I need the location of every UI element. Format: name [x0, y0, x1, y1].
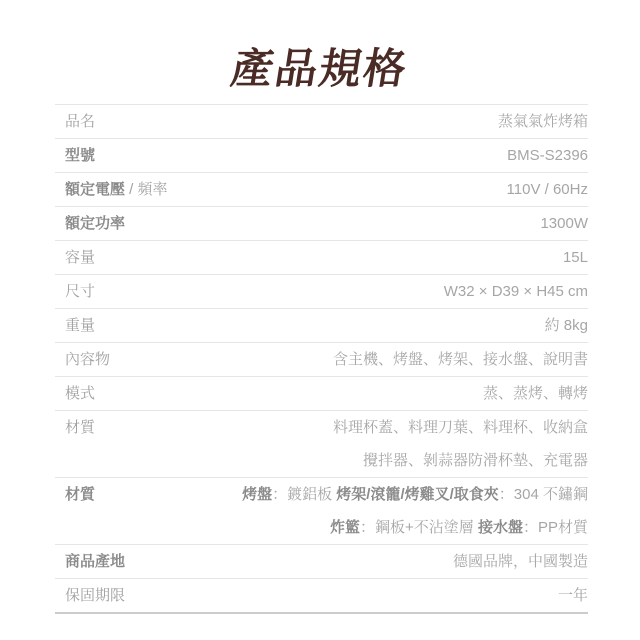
row-label: 模式	[55, 377, 95, 410]
row-label: 保固期限	[55, 579, 125, 612]
row-value: 蒸、蒸烤、轉烤	[95, 377, 588, 410]
table-row: 商品產地德國品牌，中國製造	[55, 544, 588, 578]
value-line: 料理杯蓋、料理刀葉、料理杯、收納盒	[95, 411, 588, 444]
table-row: 保固期限一年	[55, 578, 588, 612]
text-segment: 重量	[65, 317, 95, 334]
value-line: 含主機、烤盤、烤架、接水盤、說明書	[110, 343, 588, 376]
row-value: 110V / 60Hz	[168, 173, 588, 206]
text-segment: 型號	[65, 147, 95, 164]
text-segment: 模式	[65, 385, 95, 402]
row-value: 烤盤：鍍鋁板 烤架/滾籠/烤雞叉/取食夾：304 不鏽鋼炸籃：鋼板+不沾塗層 接…	[95, 478, 588, 544]
table-row: 額定電壓 / 頻率110V / 60Hz	[55, 172, 588, 206]
row-label: 額定功率	[55, 207, 125, 240]
table-row: 材質烤盤：鍍鋁板 烤架/滾籠/烤雞叉/取食夾：304 不鏽鋼炸籃：鋼板+不沾塗層…	[55, 477, 588, 544]
value-line: 1300W	[125, 207, 588, 240]
text-segment: 含主機、烤盤、烤架、接水盤、說明書	[333, 351, 588, 368]
table-row: 品名蒸氣氣炸烤箱	[55, 104, 588, 138]
table-row: 尺寸W32 × D39 × H45 cm	[55, 274, 588, 308]
text-segment: 材質	[65, 486, 95, 503]
text-segment: 接水盤	[478, 519, 523, 536]
value-line: 蒸氣氣炸烤箱	[95, 105, 588, 138]
text-segment: 額定功率	[65, 215, 125, 232]
table-row: 材質料理杯蓋、料理刀葉、料理杯、收納盒攪拌器、剝蒜器防滑杯墊、充電器	[55, 410, 588, 477]
value-line: 攪拌器、剝蒜器防滑杯墊、充電器	[95, 444, 588, 477]
text-segment: 品名	[65, 113, 95, 130]
value-line: 德國品牌，中國製造	[125, 545, 588, 578]
text-segment: 110V / 60Hz	[507, 181, 588, 198]
text-segment: 尺寸	[65, 283, 95, 300]
title-section: 產品規格	[0, 0, 640, 104]
text-segment: 烤盤	[242, 486, 272, 503]
value-line: 15L	[95, 241, 588, 274]
text-segment: / 頻率	[125, 181, 168, 198]
row-value: 料理杯蓋、料理刀葉、料理杯、收納盒攪拌器、剝蒜器防滑杯墊、充電器	[95, 411, 588, 477]
table-row: 型號BMS-S2396	[55, 138, 588, 172]
text-segment: 炸籃	[330, 519, 360, 536]
text-segment: 德國品牌，中國製造	[453, 553, 588, 570]
text-segment: 內容物	[65, 351, 110, 368]
row-value: BMS-S2396	[95, 139, 588, 172]
table-row: 內容物含主機、烤盤、烤架、接水盤、說明書	[55, 342, 588, 376]
row-value: 1300W	[125, 207, 588, 240]
row-label: 材質	[55, 478, 95, 544]
row-value: 蒸氣氣炸烤箱	[95, 105, 588, 138]
row-value: W32 × D39 × H45 cm	[95, 275, 588, 308]
row-value: 15L	[95, 241, 588, 274]
text-segment: W32 × D39 × H45 cm	[444, 283, 588, 300]
row-label: 尺寸	[55, 275, 95, 308]
row-label: 重量	[55, 309, 95, 342]
table-row: 容量15L	[55, 240, 588, 274]
value-line: 110V / 60Hz	[168, 173, 588, 206]
text-segment: 烤架/滾籠/烤雞叉/取食夾	[336, 486, 499, 503]
text-segment: 料理杯蓋、料理刀葉、料理杯、收納盒	[333, 419, 588, 436]
text-segment: 蒸、蒸烤、轉烤	[483, 385, 588, 402]
text-segment: 15L	[563, 249, 588, 266]
spec-table: 品名蒸氣氣炸烤箱型號BMS-S2396額定電壓 / 頻率110V / 60Hz額…	[55, 104, 588, 614]
text-segment: 攪拌器、剝蒜器防滑杯墊、充電器	[363, 452, 588, 469]
text-segment: 保固期限	[65, 587, 125, 604]
text-segment: 額定電壓	[65, 181, 125, 198]
text-segment: 材質	[65, 419, 95, 436]
value-line: 一年	[125, 579, 588, 612]
row-label: 額定電壓 / 頻率	[55, 173, 168, 206]
row-label: 型號	[55, 139, 95, 172]
text-segment: 容量	[65, 249, 95, 266]
row-value: 含主機、烤盤、烤架、接水盤、說明書	[110, 343, 588, 376]
text-segment: ：PP材質	[523, 519, 588, 536]
text-segment: ：鍍鋁板	[272, 486, 336, 503]
table-row: 重量約 8kg	[55, 308, 588, 342]
text-segment: 1300W	[540, 215, 588, 232]
page-title: 產品規格	[227, 36, 413, 96]
text-segment: ：304 不鏽鋼	[499, 486, 588, 503]
text-segment: 約 8kg	[545, 317, 588, 334]
row-label: 內容物	[55, 343, 110, 376]
row-label: 商品產地	[55, 545, 125, 578]
value-line: BMS-S2396	[95, 139, 588, 172]
value-line: W32 × D39 × H45 cm	[95, 275, 588, 308]
table-row: 額定功率1300W	[55, 206, 588, 240]
row-value: 德國品牌，中國製造	[125, 545, 588, 578]
value-line: 約 8kg	[95, 309, 588, 342]
row-value: 一年	[125, 579, 588, 612]
table-row: 模式蒸、蒸烤、轉烤	[55, 376, 588, 410]
text-segment: 一年	[558, 587, 588, 604]
row-label: 容量	[55, 241, 95, 274]
text-segment: BMS-S2396	[507, 147, 588, 164]
row-label: 品名	[55, 105, 95, 138]
row-label: 材質	[55, 411, 95, 477]
text-segment: ：鋼板+不沾塗層	[360, 519, 478, 536]
value-line: 烤盤：鍍鋁板 烤架/滾籠/烤雞叉/取食夾：304 不鏽鋼	[95, 478, 588, 511]
row-value: 約 8kg	[95, 309, 588, 342]
value-line: 炸籃：鋼板+不沾塗層 接水盤：PP材質	[95, 511, 588, 544]
text-segment: 商品產地	[65, 553, 125, 570]
value-line: 蒸、蒸烤、轉烤	[95, 377, 588, 410]
text-segment: 蒸氣氣炸烤箱	[498, 113, 588, 130]
